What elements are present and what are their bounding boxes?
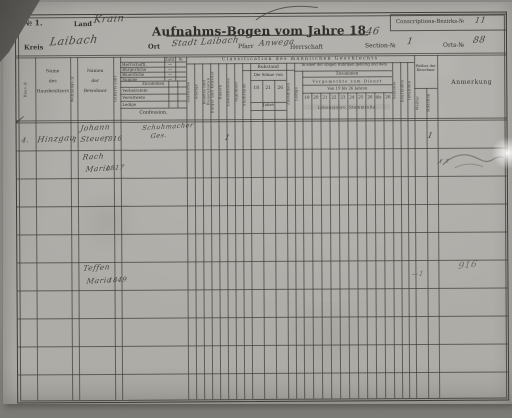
column-owner-line3: Hausbesitzers (35, 87, 70, 97)
form-table: № 1. Land Krain Conscriptions-Bezirks-№ … (15, 11, 509, 403)
grid-vline (262, 80, 265, 399)
soehne-label: Die Söhne von (250, 73, 286, 78)
column-owner-line2: des (35, 77, 70, 87)
weiber-box-title: Weiber der Bewohner (415, 64, 437, 73)
grid-vline (320, 93, 323, 399)
age-column-label: 22 (329, 95, 338, 100)
resident3-birthyear: 1849 (108, 275, 128, 284)
grid-hline (17, 231, 507, 235)
grid-hline (17, 203, 507, 207)
category-column-label: Taglöhner (234, 66, 242, 117)
vorgemerkt-label: Vorgemerkte zum Dienst (302, 78, 392, 84)
grid-hline (17, 259, 507, 263)
age-column-label: 26 (365, 94, 374, 99)
jahre-label: Jahre (250, 103, 286, 108)
herrschaft-label: Herrschaft (290, 44, 323, 51)
grid-vline (347, 92, 350, 398)
age-column-label: 26 (383, 94, 392, 99)
resident1-firstname: Johann (80, 122, 111, 133)
grid-hline (120, 107, 186, 108)
behausung-head: Zahl (164, 57, 175, 62)
section-label: Section-№ (365, 42, 396, 49)
column-residents-line3: Bewohner (77, 87, 113, 97)
weiber-tick: 1 (427, 130, 434, 140)
grid-vline (365, 92, 368, 398)
grid-hline (250, 80, 286, 81)
pen-flourish (252, 2, 322, 22)
zusammen-row-label: Verwitwete (122, 95, 166, 100)
age-column-label: üb. (374, 94, 383, 99)
grid-hline (18, 315, 508, 319)
age-column-label: 20 (311, 95, 320, 100)
anmerkung-column: Anmerkung (437, 78, 506, 85)
grid-hline (250, 102, 286, 103)
conscription-box: Conscriptions-Bezirks-№ 11 (390, 13, 507, 31)
column-residents-line2: der (77, 77, 113, 87)
grid-vline (383, 92, 386, 398)
occupation-line2: Ges. (150, 131, 168, 140)
title-year-handwriting: 46 (365, 26, 381, 38)
kreis-label: Kreis (24, 43, 43, 51)
column-owner-line1: Name (35, 67, 70, 77)
grid-hline (17, 175, 507, 179)
tail-column-label: Seeleute (392, 65, 400, 116)
confession-label: Confession. (120, 110, 186, 115)
grid-vline (311, 93, 314, 399)
resident3-surname: Teffen (83, 262, 111, 273)
weiber-sub-column: Weiber (415, 90, 426, 116)
grid-vline (374, 92, 377, 398)
form-title: Aufnahms-Bogen vom Jahre 18 (152, 23, 366, 38)
pfarr-label: Pfarr (238, 43, 254, 50)
grid-hline (250, 110, 286, 111)
age-column-label: 24 (347, 94, 356, 99)
zusammen-row-label: Verheiratete (122, 88, 166, 93)
pencil-note-number: 916 (458, 260, 478, 272)
age-column-label: 21 (320, 95, 329, 100)
orts-label: Orts-№ (443, 42, 464, 49)
orts-value-handwriting: 88 (472, 35, 486, 46)
grid-hline (18, 343, 508, 347)
grid-vline (77, 57, 80, 400)
conscription-label: Conscriptions-Bezirks-№ (396, 19, 464, 25)
grid-hline (18, 287, 508, 291)
pencil-tally-mark: —1 (411, 270, 425, 279)
resident2-birthyear: 1817 (105, 163, 125, 172)
right-group-title: In einer der obigen Rubriken gehörig und… (296, 63, 392, 68)
scanned-census-form-photo: № 1. Land Krain Conscriptions-Bezirks-№ … (0, 0, 512, 418)
column-residents-line1: Namen (77, 67, 113, 77)
land-label: Land (74, 20, 92, 28)
ruhstand-year: 21 (262, 86, 274, 91)
age-column-label: 19 (302, 95, 311, 100)
section-value-handwriting: 1 (406, 37, 414, 47)
grid-vline (437, 55, 440, 398)
grid-hline (17, 147, 507, 151)
grid-vline (250, 63, 253, 399)
kreis-value-handwriting: Laibach (49, 33, 99, 49)
grid-vline (274, 80, 277, 399)
resident2-surname: Rach (82, 151, 105, 161)
grid-hline (18, 371, 508, 375)
weiber-sub-column: Mädchen (426, 90, 437, 116)
ort-label: Ort (148, 43, 160, 51)
von-jahre-label: Von 19 bis 26 Jahren (302, 85, 392, 91)
age-column-label: 23 (338, 94, 347, 99)
zusammen-row-label: Ledige (122, 102, 166, 107)
tail-column-label: Invaliden (407, 65, 415, 116)
grid-vline (35, 57, 38, 400)
grid-hline (414, 88, 437, 89)
behausung-row-label: Summe (122, 77, 162, 82)
row1-number: 4. (21, 136, 30, 144)
grid-vline (329, 93, 332, 399)
ruhstand-year: 26 (274, 86, 286, 91)
column-house-no: Haus-№ (23, 60, 35, 118)
conscription-value-handwriting: 11 (474, 15, 487, 25)
land-value-handwriting: Krain (93, 13, 125, 26)
behausung-head: № (175, 57, 186, 62)
photo-glare-spot (492, 136, 512, 170)
behausung-row-dash: — (166, 77, 174, 82)
grid-vline (338, 93, 341, 399)
grid-vline (356, 92, 359, 398)
ruhstand-year: 18 (250, 86, 262, 91)
age-column-label: 25 (356, 94, 365, 99)
